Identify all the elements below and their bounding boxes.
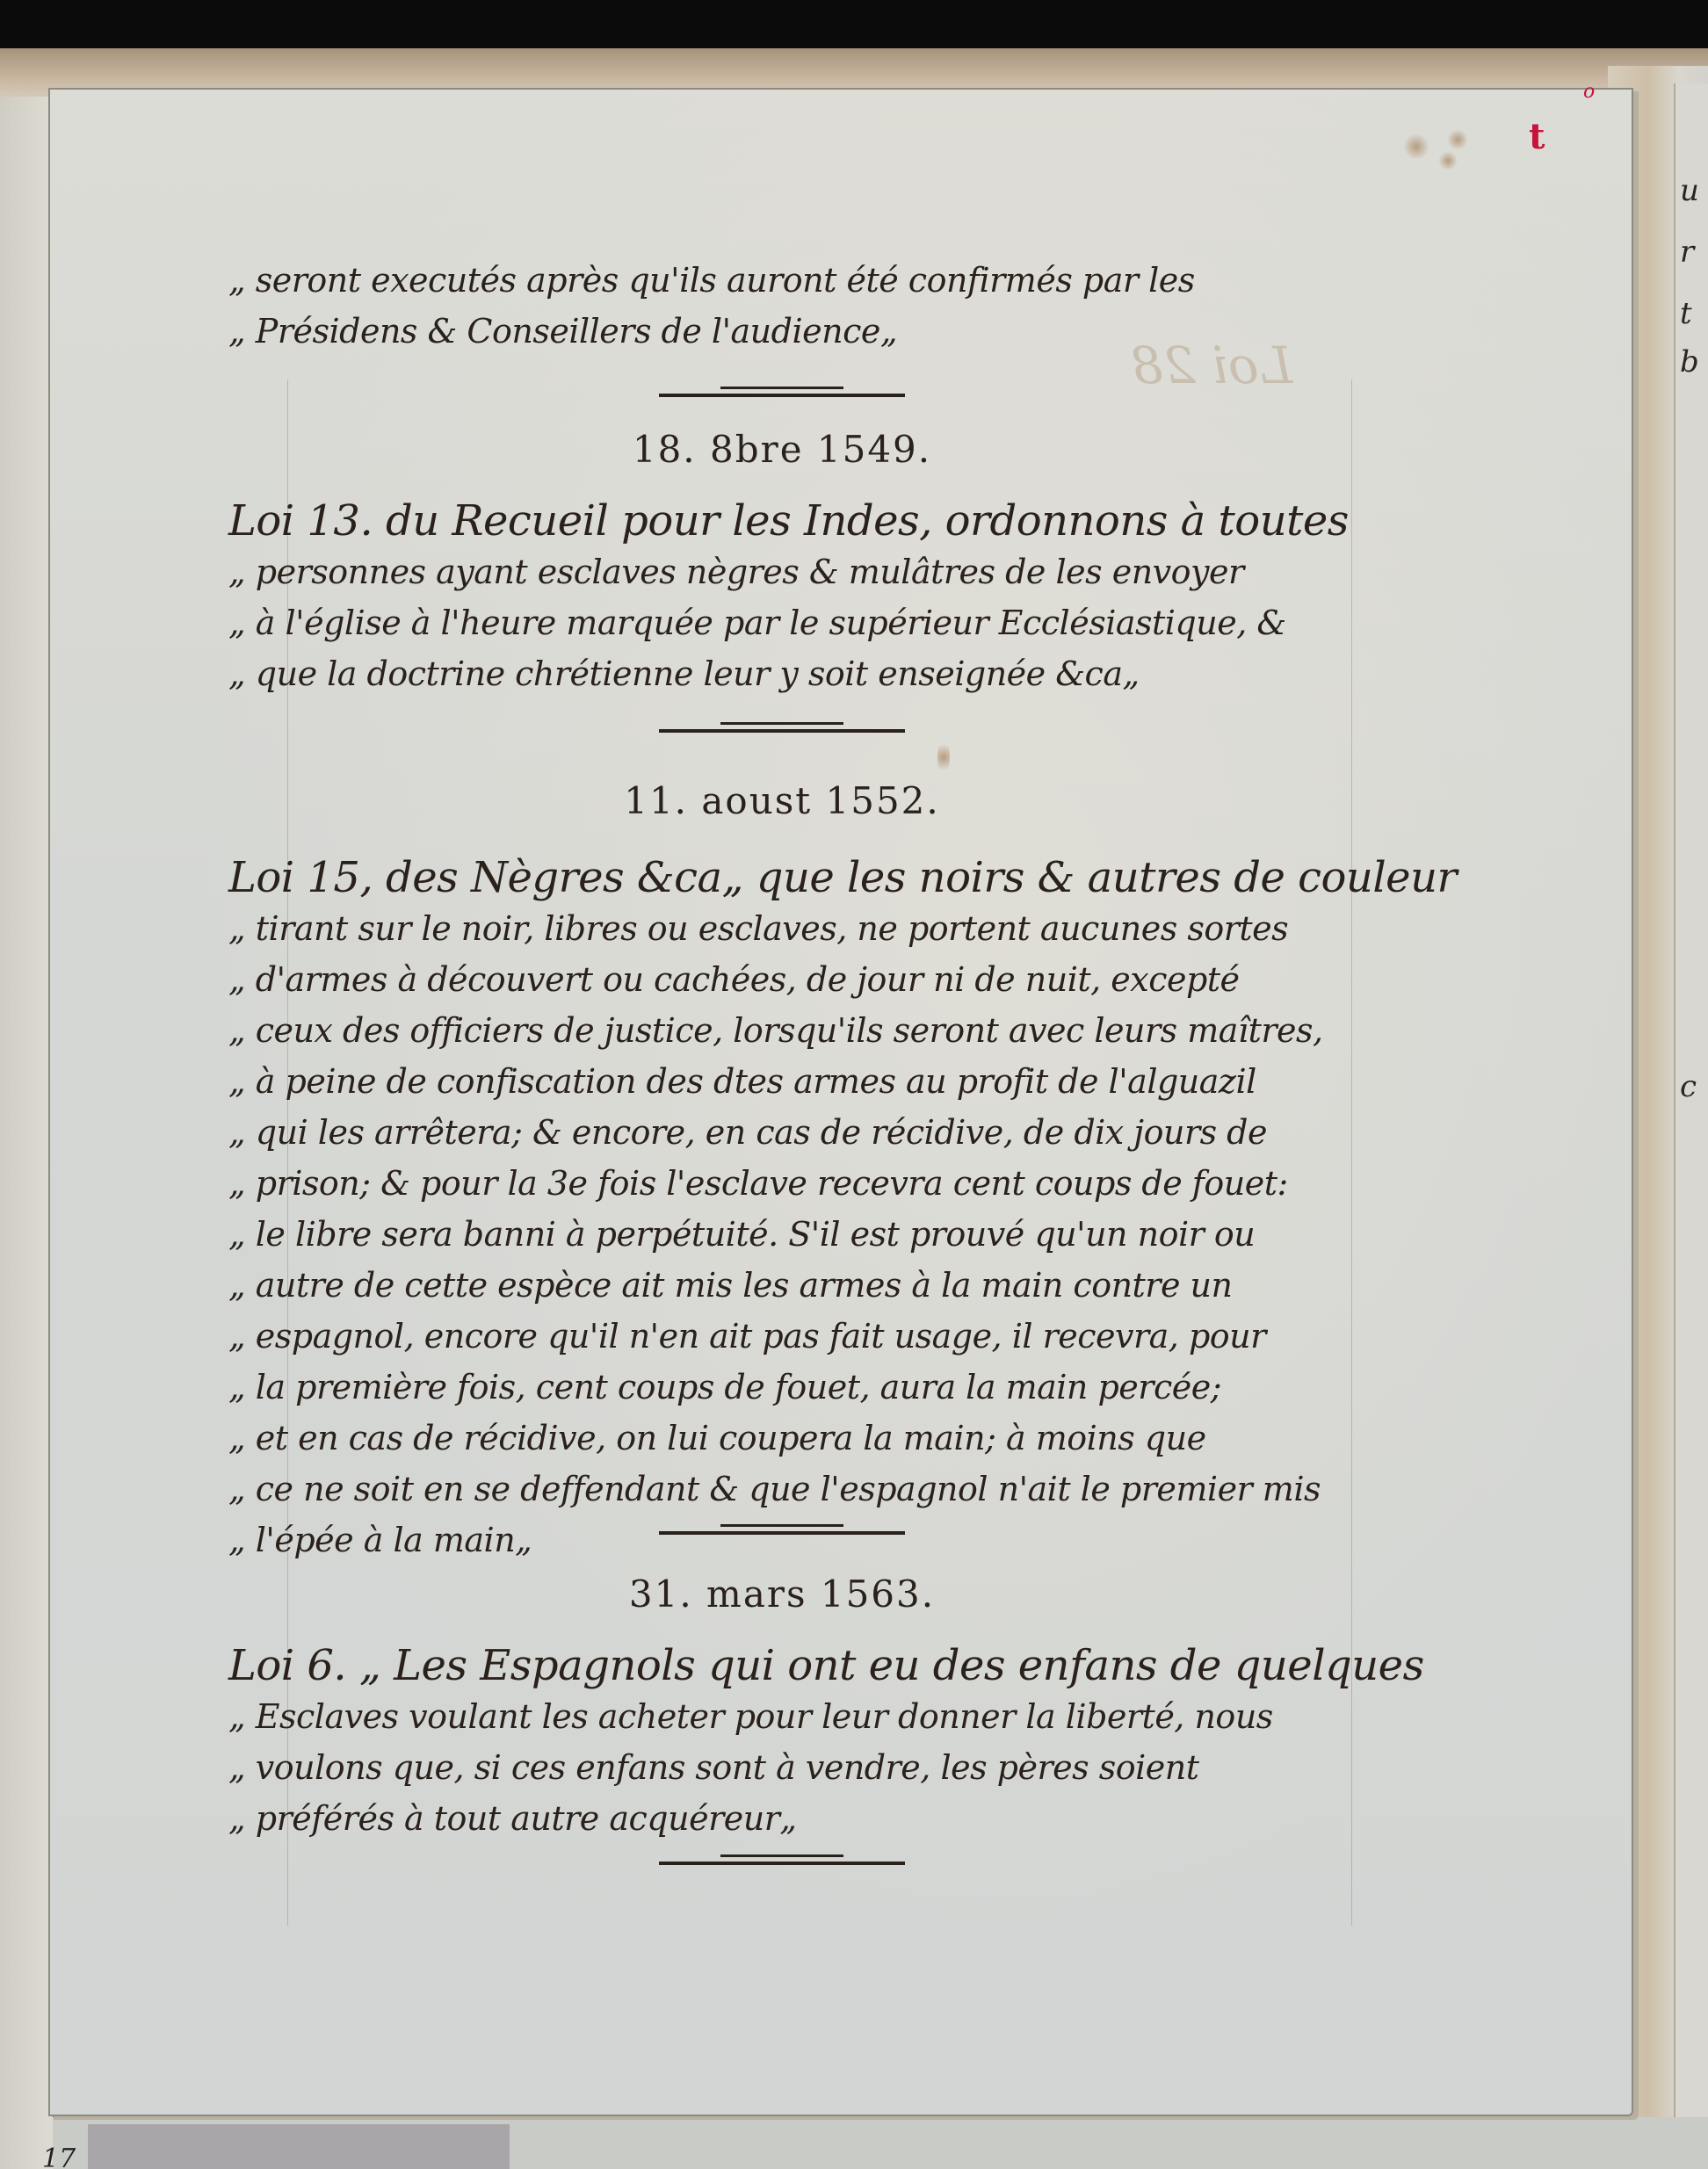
text-line: „ à peine de confiscation des dtes armes…	[228, 1056, 1335, 1107]
text-line: „ tirant sur le noir, libres ou esclaves…	[228, 903, 1335, 954]
text-line: „ qui les arrêtera; & encore, en cas de …	[228, 1107, 1335, 1158]
continuation-block: „ seront executés après qu'ils auront ét…	[228, 255, 1335, 357]
text-line: „ seront executés après qu'ils auront ét…	[228, 255, 1335, 306]
foxing-stain	[1438, 151, 1458, 170]
text-line: „ le libre sera banni à perpétuité. S'il…	[228, 1209, 1335, 1260]
text-line: „ que la doctrine chrétienne leur y soit…	[228, 648, 1335, 699]
text-line: „ autre de cette espèce ait mis les arme…	[228, 1260, 1335, 1311]
text-line: „ Présidens & Conseillers de l'audience„	[228, 306, 1335, 357]
lower-gray-insert	[88, 2124, 510, 2169]
text-line: „ Esclaves voulant les acheter pour leur…	[228, 1691, 1335, 1742]
text-line: „ d'armes à découvert ou cachées, de jou…	[228, 954, 1335, 1005]
text-line: „ personnes ayant esclaves nègres & mulâ…	[228, 546, 1335, 597]
text-line: „ à l'église à l'heure marquée par le su…	[228, 597, 1335, 648]
entry-date: 31. mars 1563.	[228, 1568, 1335, 1621]
left-facing-leaf	[0, 97, 55, 2169]
red-folio-mark: t	[1529, 116, 1545, 157]
text-line: Loi 13. du Recueil pour les Indes, ordon…	[228, 495, 1335, 546]
section-divider	[659, 387, 905, 401]
entry-1552: 11. aoust 1552. Loi 15, des Nègres &ca„ …	[228, 722, 1335, 1565]
text-line: „ ceux des officiers de justice, lorsqu'…	[228, 1005, 1335, 1056]
red-secondary-mark: o	[1583, 81, 1595, 103]
text-line: „ ce ne soit en se deffendant & que l'es…	[228, 1464, 1335, 1515]
section-divider	[659, 1524, 905, 1538]
text-line: „ prison; & pour la 3e fois l'esclave re…	[228, 1158, 1335, 1209]
text-line: „ et en cas de récidive, on lui coupera …	[228, 1413, 1335, 1464]
text-line: Loi 15, des Nègres &ca„ que les noirs & …	[228, 852, 1335, 903]
entry-1563: 31. mars 1563. Loi 6. „ Les Espagnols qu…	[228, 1524, 1335, 1869]
lower-page-number: 17	[42, 2144, 76, 2169]
section-divider	[659, 1854, 905, 1869]
text-line: Loi 6. „ Les Espagnols qui ont eu des en…	[228, 1640, 1335, 1691]
text-line: „ espagnol, encore qu'il n'en ait pas fa…	[228, 1311, 1335, 1362]
section-divider	[659, 722, 905, 736]
foxing-stain	[1403, 134, 1429, 160]
text-line: „ préférés à tout autre acquéreur„	[228, 1793, 1335, 1844]
entry-1549: 18. 8bre 1549. Loi 13. du Recueil pour l…	[228, 387, 1335, 699]
text-line: „ la première fois, cent coups de fouet,…	[228, 1362, 1335, 1413]
entry-date: 18. 8bre 1549.	[228, 423, 1335, 476]
text-line: „ voulons que, si ces enfans sont à vend…	[228, 1742, 1335, 1793]
entry-date: 11. aoust 1552.	[228, 775, 1335, 828]
foxing-stain	[1447, 129, 1468, 150]
adjacent-page-edge	[1674, 83, 1708, 2169]
